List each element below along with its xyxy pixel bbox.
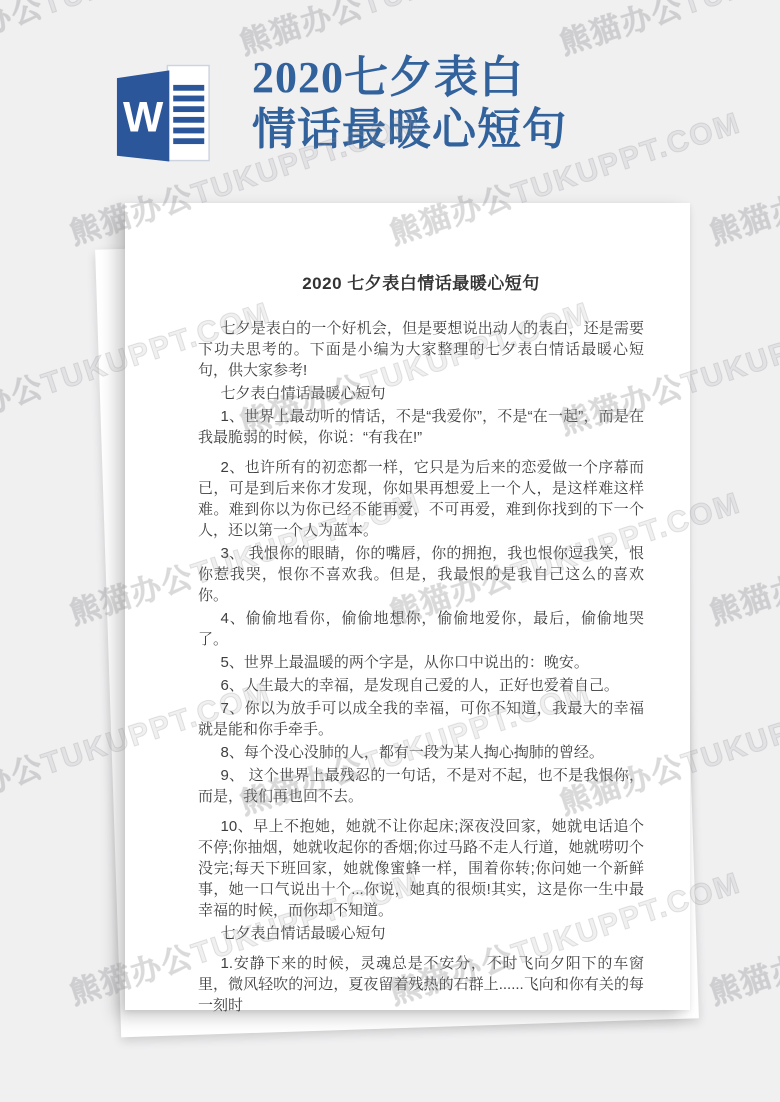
paragraph: 4、偷偷地看你，偷偷地想你，偷偷地爱你，最后，偷偷地哭了。 <box>198 608 644 650</box>
paragraph: 5、世界上最温暖的两个字是，从你口中说出的：晚安。 <box>198 652 644 673</box>
page-title-line2: 情话最暖心短句 <box>252 104 567 156</box>
paragraph: 10、早上不抱她，她就不让你起床;深夜没回家，她就电话追个不停;你抽烟，她就收起… <box>198 816 644 921</box>
paragraph: 8、每个没心没肺的人，都有一段为某人掏心掏肺的曾经。 <box>198 742 644 763</box>
paragraph: 7、你以为放手可以成全我的幸福，可你不知道，我最大的幸福就是能和你手牵手。 <box>198 698 644 740</box>
paragraph: 七夕表白情话最暖心短句 <box>198 923 644 944</box>
document-title: 2020 七夕表白情话最暖心短句 <box>198 269 644 294</box>
page-title: 2020七夕表白 情话最暖心短句 <box>252 52 567 156</box>
header: W 2020七夕表白 情话最暖心短句 <box>115 52 567 168</box>
paragraph: 1、世界上最动听的情话，不是“我爱你”，不是“在一起”，而是在我最脆弱的时候，你… <box>198 406 644 448</box>
page-title-line1: 2020七夕表白 <box>252 52 567 104</box>
watermark: 熊猫办公TUKUPPT.COM <box>703 478 780 633</box>
paragraph: 2、也许所有的初恋都一样，它只是为后来的恋爱做一个序幕而已，可是到后来你才发现，… <box>198 457 644 541</box>
watermark: 熊猫办公TUKUPPT.COM <box>703 98 780 253</box>
document-page: 2020 七夕表白情话最暖心短句 七夕是表白的一个好机会，但是要想说出动人的表白… <box>125 203 690 1010</box>
paragraph: 1.安静下来的时候，灵魂总是不安分，不时飞向夕阳下的车窗里，微风轻吹的河边，夏夜… <box>198 953 644 1016</box>
paragraph: 9、 这个世界上最残忍的一句话，不是对不起，也不是我恨你，而是，我们再也回不去。 <box>198 765 644 807</box>
paragraph: 七夕是表白的一个好机会，但是要想说出动人的表白，还是需要下功夫思考的。下面是小编… <box>198 318 644 381</box>
word-icon-graphic: W <box>115 60 212 168</box>
page-background: W 2020七夕表白 情话最暖心短句 2020 七夕表白情话最暖心短句 七夕是表… <box>0 0 780 1102</box>
watermark: 熊猫办公TUKUPPT.COM <box>703 858 780 1013</box>
paragraph: 七夕表白情话最暖心短句 <box>198 383 644 404</box>
word-icon-page <box>167 66 209 161</box>
word-icon-letter: W <box>123 93 164 141</box>
document-body: 七夕是表白的一个好机会，但是要想说出动人的表白，还是需要下功夫思考的。下面是小编… <box>198 318 644 1016</box>
watermark: 熊猫办公TUKUPPT.COM <box>553 0 780 63</box>
paragraph: 3、 我恨你的眼睛，你的嘴唇，你的拥抱，我也恨你逗我笑，恨你惹我哭，恨你不喜欢我… <box>198 543 644 606</box>
paragraph: 6、人生最大的幸福，是发现自己爱的人，正好也爱着自己。 <box>198 675 644 696</box>
word-document-icon: W <box>115 60 212 168</box>
